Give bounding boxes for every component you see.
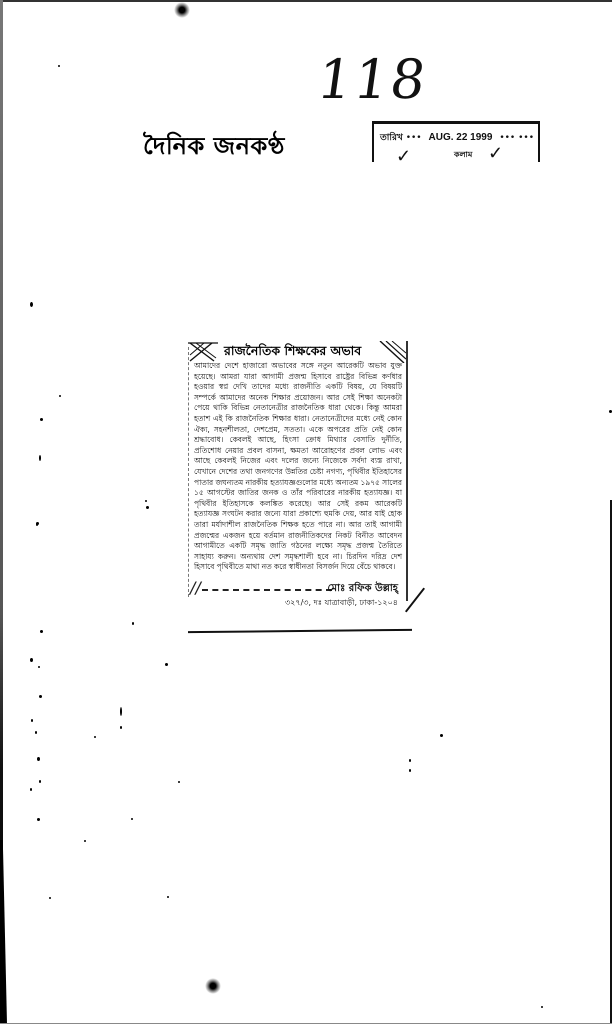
scan-noise [541,1006,543,1008]
article-author: মোঃ রফিক উল্লাহ্ [327,581,398,598]
scan-noise [49,897,51,899]
scan-noise [30,788,32,791]
scan-noise [131,818,133,820]
byline-divider [202,589,332,591]
scan-noise [58,65,60,67]
scan-noise [39,780,41,783]
article-headline: রাজনৈতিক শিক্ষকের অভাব [224,343,361,363]
scan-noise [440,734,443,737]
scan-noise [84,840,86,842]
check-mark-icon: ✓ [396,146,411,167]
scan-noise [132,622,134,625]
scan-edge-top [0,0,612,2]
clipping-cut-edge-bottom [188,629,412,633]
scan-noise [120,726,122,729]
newspaper-masthead: দৈনিক জনকণ্ঠ [143,128,285,168]
scan-noise [40,418,43,421]
byline-slash-mark: // [190,578,201,597]
article-clipping: রাজনৈতিক শিক্ষকের অভাব আমাদের দেশে হাজার… [188,341,406,624]
clipping-cut-edge-left [188,347,190,597]
scan-noise [39,455,41,461]
stamp-dots: ••• [406,133,422,143]
scan-noise [37,818,40,821]
scan-noise [59,395,61,397]
stamp-date-row: তারিখ ••• AUG. 22 1999 ••• ••• [380,130,534,145]
scan-edge-left-shadow [0,840,7,1024]
scan-noise [178,781,180,783]
author-address: ৩২৭/৩, দঃ যাত্রাবাড়ী, ঢাকা-১২০৪ [285,597,398,610]
scan-noise [94,736,96,738]
scan-noise [165,663,168,666]
stamp-date-label: তারিখ [380,133,403,143]
scan-noise [409,769,411,772]
clipping-cut-edge-right [406,341,408,601]
scan-noise [31,719,33,722]
scan-noise [145,500,147,502]
check-mark-icon: ✓ [488,143,503,164]
scan-noise [36,522,39,525]
handwritten-page-number: 118 [314,48,432,111]
scan-noise [146,506,149,509]
scan-noise [30,302,33,307]
scan-noise [205,978,221,994]
scan-noise [120,707,122,716]
scan-noise [30,658,33,662]
scan-noise [409,759,411,762]
scan-noise [37,757,40,761]
scan-noise [38,666,40,668]
stamp-dots: ••• [499,133,515,143]
article-body: আমাদের দেশে হাজারো অভাবের সঙ্গে নতুন আরে… [194,361,402,573]
scan-noise [167,896,169,898]
stamp-date-value: AUG. 22 1999 [429,132,493,143]
scan-noise [174,2,190,18]
hatch-ornament-icon [376,341,406,363]
scan-noise [40,630,43,633]
stamp-dots: ••• [518,133,534,143]
scan-noise [35,731,37,734]
stamp-column-label: কলাম [454,149,472,162]
hatch-ornament-icon [188,341,218,363]
scan-noise [39,695,42,698]
